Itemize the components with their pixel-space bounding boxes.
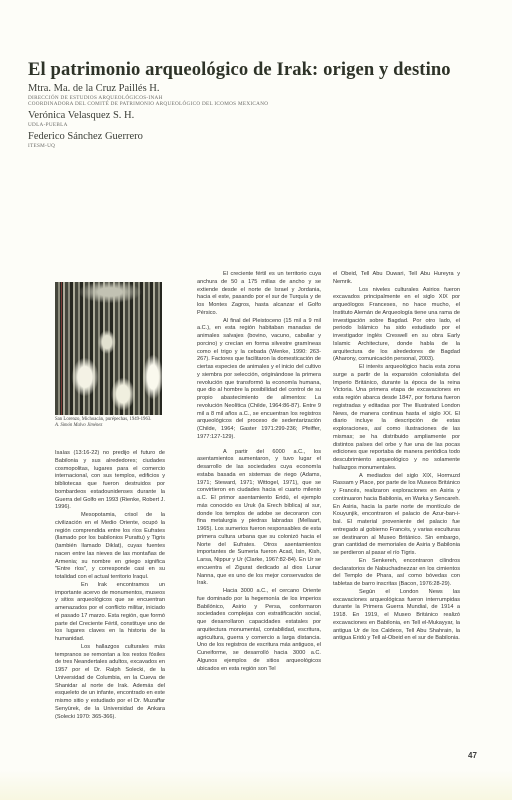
author-2: Verónica Velasquez S. H. UDLA-Puebla: [28, 110, 468, 128]
paragraph: El interés arqueológico hacia esta zona …: [333, 364, 460, 473]
paragraph: A partir del 6000 a.C., los asentamiento…: [197, 449, 321, 589]
paper-stain: [0, 770, 512, 800]
paragraph: A mediados del siglo XIX, Hormuzd Rassam…: [333, 473, 460, 558]
figure-caption: San Lorenzo, Michoacán, purépechas, 1949…: [55, 417, 165, 428]
author-name: Verónica Velasquez S. H.: [28, 110, 468, 122]
paragraph: Al final del Pleistoceno (15 mil a 9 mil…: [197, 318, 321, 442]
paragraph: Mesopotamia, crisol de la civilización e…: [55, 512, 165, 582]
author-name: Mtra. Ma. de la Cruz Paillés H.: [28, 83, 468, 95]
page-number: 47: [468, 751, 477, 760]
paragraph: En Senkereh, encontraron cilindros decla…: [333, 558, 460, 589]
paragraph: El creciente fértil es un territorio cuy…: [197, 271, 321, 318]
caption-credit: A. Simón Malvo Jiménez: [55, 423, 165, 429]
author-affiliation: UDLA-Puebla: [28, 122, 468, 128]
author-affiliation: ITESM-UQ: [28, 143, 468, 149]
figure-photo: [55, 282, 162, 415]
author-affiliation: Coordinadora del Comité de Patrimonio Ar…: [28, 101, 468, 107]
paragraph: Según el London News las excavaciones ar…: [333, 589, 460, 643]
caption-text: San Lorenzo, Michoacán, purépechas, 1949…: [55, 417, 165, 423]
paragraph: En Irak encontramos un importante acervo…: [55, 582, 165, 644]
paragraph: el Obeid, Tell Abu Duwari, Tell Abu Hure…: [333, 271, 460, 287]
author-1: Mtra. Ma. de la Cruz Paillés H. Direcció…: [28, 83, 468, 107]
text-column-3: el Obeid, Tell Abu Duwari, Tell Abu Hure…: [333, 271, 460, 643]
document-page: El patrimonio arqueológico de Irak: orig…: [0, 0, 512, 800]
author-name: Federico Sánchez Guerrero: [28, 131, 468, 143]
author-list: Mtra. Ma. de la Cruz Paillés H. Direcció…: [28, 83, 468, 152]
text-column-1: Isaías (13:16-22) no predijo el futuro d…: [55, 450, 165, 721]
paragraph: Hacia 3000 a.C., el cercano Oriente fue …: [197, 588, 321, 673]
author-3: Federico Sánchez Guerrero ITESM-UQ: [28, 131, 468, 149]
paragraph: Los niveles culturales Asirios fueron ex…: [333, 287, 460, 365]
text-column-2: El creciente fértil es un territorio cuy…: [197, 271, 321, 673]
paragraph: Isaías (13:16-22) no predijo el futuro d…: [55, 450, 165, 512]
article-title: El patrimonio arqueológico de Irak: orig…: [28, 59, 498, 81]
paragraph: Los hallazgos culturales más tempranos s…: [55, 644, 165, 722]
